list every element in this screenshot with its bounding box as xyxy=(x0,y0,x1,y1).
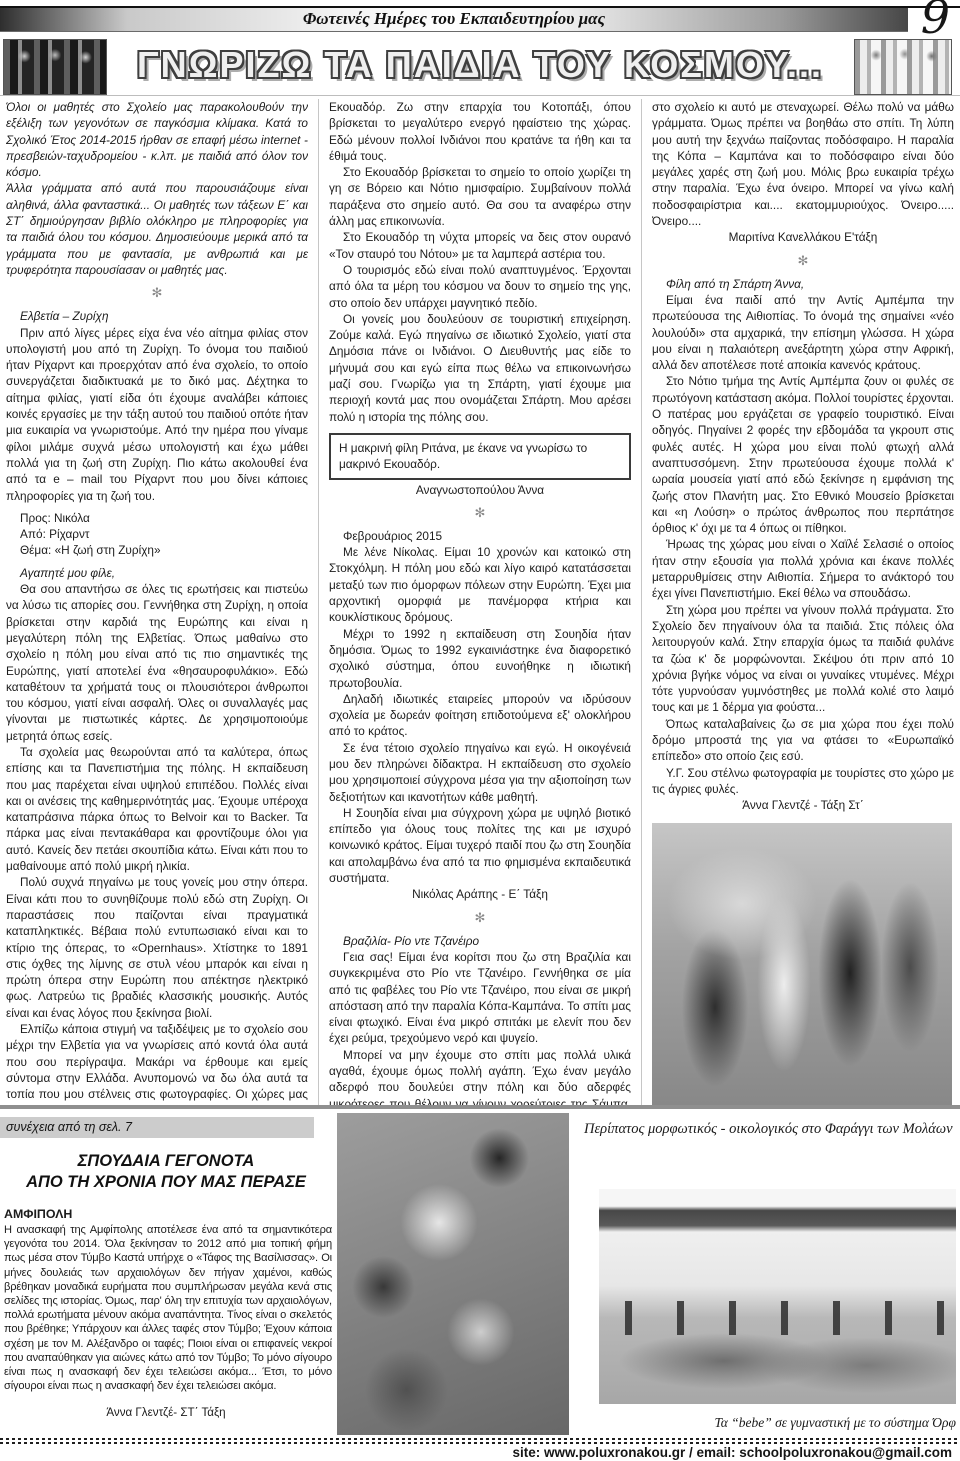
children-collage-left-image xyxy=(3,39,107,95)
letter-ps-line: Υ.Γ. Σου στέλνω φωτογραφία με τουρίστες … xyxy=(652,765,954,798)
letter-paragraph: Ο τουρισμός εδώ είναι πολύ αναπτυγμένος.… xyxy=(329,262,631,311)
masthead-title: Φωτεινές Ημέρες του Εκπαιδευτηρίου μας xyxy=(0,9,908,29)
letter-heading: Φίλη από τη Σπάρτη Άννα, xyxy=(652,276,954,292)
events-heading-line2: ΑΠΟ ΤΗ ΧΡΟΝΙΑ ΠΟΥ ΜΑΣ ΠΕΡΑΣΕ xyxy=(0,1172,332,1193)
column-2: Εκουαδόρ. Ζω στην επαρχία του Κοτοπάξι, … xyxy=(329,99,642,1105)
letter-date-line: Φεβρουάριος 2015 xyxy=(329,528,631,544)
page-number: 9 xyxy=(921,0,950,44)
letter-paragraph: Θα σου απαντήσω σε όλες τις ερωτήσεις κα… xyxy=(6,581,308,744)
letter-paragraph: Μέχρι το 1992 η εκπαίδευση στη Σουηδία ή… xyxy=(329,626,631,691)
photo-caption: Περίπατος μορφωτικός - οικολογικός στο Φ… xyxy=(584,1121,956,1138)
events-section-heading: ΣΠΟΥΔΑΙΑ ΓΕΓΟΝΟΤΑ ΑΠΟ ΤΗ ΧΡΟΝΙΑ ΠΟΥ ΜΑΣ … xyxy=(0,1151,332,1193)
intro-paragraph: Άλλα γράμματα από αυτά που παρουσιάζουμε… xyxy=(6,180,308,278)
letter-paragraph: Πολύ συχνά πηγαίνω με τους γονείς μου στ… xyxy=(6,874,308,1021)
letter-paragraph: Πριν από λίγες μέρες είχα ένα νέο αίτημα… xyxy=(6,325,308,504)
dotted-divider-rule xyxy=(0,1438,960,1445)
letter-paragraph: Εκουαδόρ. Ζω στην επαρχία του Κοτοπάξι, … xyxy=(329,99,631,164)
letter-paragraph: Είμαι ένα παιδί από την Αντίς Αμπέμπα τη… xyxy=(652,292,954,373)
snowflake-ornament-icon: ✻ xyxy=(329,906,631,930)
email-subject-line: Θέμα: «Η ζωή στη Ζυρίχη» xyxy=(6,542,308,558)
intro-paragraph: Όλοι οι μαθητές στο Σχολείο μας παρακολο… xyxy=(6,99,308,180)
orff-gymnastics-photo xyxy=(599,1189,956,1404)
intro-block: Όλοι οι μαθητές στο Σχολείο μας παρακολο… xyxy=(6,99,308,278)
highlight-box: Η μακρινή φίλη Ριτάνα, με έκανε να γνωρί… xyxy=(329,433,631,480)
letter-signature: Νικόλας Αράπης - Ε΄ Τάξη xyxy=(329,886,631,902)
letter-paragraph: Δηλαδή ιδιωτικές εταιρείες μπορούν να ιδ… xyxy=(329,691,631,740)
letter-paragraph: Στη χώρα μου πρέπει να γίνουν πολλά πράγ… xyxy=(652,602,954,716)
bottom-section: συνέχεια από τη σελ. 7 ΣΠΟΥΔΑΙΑ ΓΕΓΟΝΟΤΑ… xyxy=(0,1109,960,1437)
letter-paragraph: Οι γονείς μου δουλεύουν σε τουριστική επ… xyxy=(329,311,631,425)
article-signature: Άννα Γλεντζέ- ΣΤ΄ Τάξη xyxy=(0,1406,332,1419)
letter-paragraph: Τα σχολεία μας θεωρούνται από τα καλύτερ… xyxy=(6,744,308,874)
article-columns: Όλοι οι μαθητές στο Σχολείο μας παρακολο… xyxy=(6,99,954,1105)
continuation-banner: συνέχεια από τη σελ. 7 xyxy=(0,1117,314,1138)
amphipoli-article-body: Η ανασκαφή της Αμφίπολης αποτέλεσε ένα α… xyxy=(4,1223,332,1393)
highlight-box-text: Η μακρινή φίλη Ριτάνα, με έκανε να γνωρί… xyxy=(339,440,621,473)
amphipoli-subheading: ΑΜΦΙΠΟΛΗ xyxy=(4,1207,72,1221)
letter-paragraph: Ήρωας της χώρας μου είναι ο Χαϊλέ Σελασι… xyxy=(652,536,954,601)
letter-paragraph: Όπως καταλαβαίνεις ζω σε μια χώρα που έχ… xyxy=(652,716,954,765)
letter-signature: Αναγνωστοπούλου Άννα xyxy=(329,482,631,498)
snowflake-ornament-icon: ✻ xyxy=(6,281,308,305)
email-header-block: Προς: Νικόλα Από: Ρίχαρντ Θέμα: «Η ζωή σ… xyxy=(6,510,308,559)
banner-title: ΓΝΩΡΙΖΩ ΤΑ ΠΑΙΔΙΑ ΤΟΥ ΚΟΣΜΟΥ... xyxy=(112,44,848,86)
letter-paragraph: Ελπίζω κάποια στιγμή να ταξιδέψεις με το… xyxy=(6,1021,308,1105)
letter-paragraph: στο σχολείο κι αυτό με στεναχωρεί. Θέλω … xyxy=(652,99,954,229)
footer-contact-info: site: www.poluxronakou.gr / email: schoo… xyxy=(513,1445,952,1460)
letter-salutation: Αγαπητέ μου φίλε, xyxy=(6,565,308,581)
letter-paragraph: Με λένε Νίκολας. Είμαι 10 χρονών και κατ… xyxy=(329,544,631,625)
letter-paragraph: Γεια σας! Είμαι ένα κορίτσι που ζω στη Β… xyxy=(329,949,631,1047)
photo-caption: Τα “bebe” σε γυμναστική με το σύστημα Όρ… xyxy=(584,1415,956,1431)
letter-paragraph: Σε ένα τέτοιο σχολείο πηγαίνω και εγώ. Η… xyxy=(329,740,631,805)
banner-bottom-rule xyxy=(0,95,960,96)
children-collage-right-image xyxy=(854,39,952,95)
events-heading-line1: ΣΠΟΥΔΑΙΑ ΓΕΓΟΝΟΤΑ xyxy=(0,1151,332,1172)
letter-signature: Μαριτίνα Κανελλάκου Ε'τάξη xyxy=(652,229,954,245)
email-to-line: Προς: Νικόλα xyxy=(6,510,308,526)
letter-paragraph: Στο Νότιο τμήμα της Αντίς Αμπέμπα ζουν ο… xyxy=(652,373,954,536)
letter-heading: Βραζιλία- Ρίο ντε Τζανέιρο xyxy=(329,933,631,949)
letter-paragraph: Στο Εκουαδόρ βρίσκεται το σημείο το οποί… xyxy=(329,164,631,229)
letter-paragraph: Μπορεί να μην έχουμε στο σπίτι μας πολλά… xyxy=(329,1047,631,1105)
letter-heading: Ελβετία – Ζυρίχη xyxy=(6,308,308,324)
email-from-line: Από: Ρίχαρντ xyxy=(6,526,308,542)
column-3: στο σχολείο κι αυτό με στεναχωρεί. Θέλω … xyxy=(652,99,954,1105)
letter-paragraph: Στο Εκουαδόρ τη νύχτα μπορείς να δεις στ… xyxy=(329,229,631,262)
snowflake-ornament-icon: ✻ xyxy=(329,501,631,525)
gorge-walk-photo xyxy=(337,1113,569,1435)
letter-signature: Άννα Γλεντζέ - Τάξη Στ΄ xyxy=(652,797,954,813)
ethiopia-tribes-photo xyxy=(652,823,952,1105)
letter-paragraph: Η Σουηδία είναι μια σύγχρονη χώρα με υψη… xyxy=(329,805,631,886)
newspaper-page: Φωτεινές Ημέρες του Εκπαιδευτηρίου μας 9… xyxy=(0,0,960,1461)
snowflake-ornament-icon: ✻ xyxy=(652,249,954,273)
column-1: Όλοι οι μαθητές στο Σχολείο μας παρακολο… xyxy=(6,99,319,1105)
